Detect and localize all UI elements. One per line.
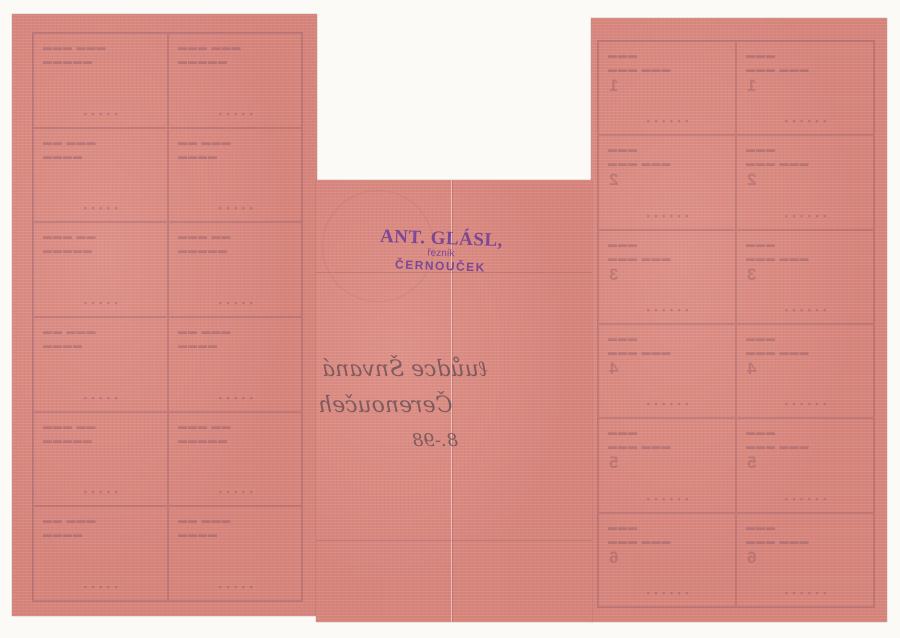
coupon-cell: ▬▬▬ ▬▬▬▬▬▬▪ ▪ ▪ ▪ ▪ [168,128,303,223]
handwritten-line-2: Čerenoučeh [318,393,452,418]
coupon-cell: ▬▬▬▬▬▬ ▬▬▬5▪ ▪ ▪ ▪ ▪ ▪ [598,418,736,512]
coupon-number: 5 [609,453,618,473]
coupon-cell: ▬▬▬▬▬▬ ▬▬▬6▪ ▪ ▪ ▪ ▪ ▪ [598,513,736,607]
coupon-cell: ▬▬ ▬▬▬▬▬▬▬▬▪ ▪ ▪ ▪ ▪ [168,222,303,317]
coupon-cell: ▬▬ ▬▬▬▬▬▬▬▬▪ ▪ ▪ ▪ ▪ [33,222,168,317]
coupon-cell: ▬▬▬▬▬▬ ▬▬▬6▪ ▪ ▪ ▪ ▪ ▪ [736,513,874,607]
coupon-number: 5 [747,453,756,473]
coupon-cell: ▬▬▬▬▬▬ ▬▬▬1▪ ▪ ▪ ▪ ▪ ▪ [736,41,874,135]
coupon-number: 4 [609,359,618,379]
coupon-grid-left: ▬▬▬ ▬▬▬▬▬▬▬▬▪ ▪ ▪ ▪ ▪ ▬▬▬ ▬▬▬▬▬▬▬▬▪ ▪ ▪ … [32,32,303,602]
coupon-number: 1 [609,76,618,96]
coupon-grid-right: ▬▬▬▬▬▬ ▬▬▬1▪ ▪ ▪ ▪ ▪ ▪ ▬▬▬▬▬▬ ▬▬▬1▪ ▪ ▪ … [597,40,875,608]
coupon-cell: ▬▬▬▬▬▬ ▬▬▬1▪ ▪ ▪ ▪ ▪ ▪ [598,41,736,135]
coupon-cell: ▬▬ ▬▬▬▬▬▬▬▬▪ ▪ ▪ ▪ ▪ [33,412,168,507]
ghost-line [316,540,592,541]
coupon-number: 2 [747,170,756,190]
coupon-cell: ▬▬▬▬▬▬ ▬▬▬4▪ ▪ ▪ ▪ ▪ ▪ [736,324,874,418]
coupon-cell: ▬▬▬▬▬▬ ▬▬▬3▪ ▪ ▪ ▪ ▪ ▪ [736,230,874,324]
coupon-cell: ▬▬▬ ▬▬▬▬▬▬▪ ▪ ▪ ▪ ▪ [33,128,168,223]
coupon-cell: ▬▬▬ ▬▬▬▬▬▬▪ ▪ ▪ ▪ ▪ [168,506,303,601]
coupon-panel-left: ▬▬▬ ▬▬▬▬▬▬▬▬▪ ▪ ▪ ▪ ▪ ▬▬▬ ▬▬▬▬▬▬▬▬▪ ▪ ▪ … [12,14,317,616]
handwritten-number: 8.-98 [412,430,458,451]
coupon-number: 2 [609,170,618,190]
coupon-cell: ▬▬▬▬▬▬ ▬▬▬2▪ ▪ ▪ ▪ ▪ ▪ [736,135,874,229]
coupon-cell: ▬▬▬ ▬▬▬▬▬▬▪ ▪ ▪ ▪ ▪ [33,506,168,601]
coupon-panel-center: ANT. GLÁSL, řezník ČERNOUČEK ℓuůdce Šnva… [316,180,592,622]
coupon-cell: ▬▬▬▬▬▬ ▬▬▬2▪ ▪ ▪ ▪ ▪ ▪ [598,135,736,229]
coupon-number: 3 [747,265,756,285]
coupon-number: 3 [609,265,618,285]
coupon-cell: ▬▬▬▬▬▬ ▬▬▬3▪ ▪ ▪ ▪ ▪ ▪ [598,230,736,324]
coupon-cell: ▬▬▬ ▬▬▬▬▬▬▬▬▪ ▪ ▪ ▪ ▪ [33,33,168,128]
coupon-cell: ▬▬▬▬▬▬ ▬▬▬4▪ ▪ ▪ ▪ ▪ ▪ [598,324,736,418]
handwritten-line-1: ℓuůdce Šnvaná [322,356,488,382]
coupon-cell: ▬▬▬ ▬▬▬▬▬▬▪ ▪ ▪ ▪ ▪ [33,317,168,412]
coupon-number: 1 [747,76,756,96]
coupon-number: 4 [747,359,756,379]
coupon-number: 6 [609,548,618,568]
coupon-cell: ▬▬▬ ▬▬▬▬▬▬▪ ▪ ▪ ▪ ▪ [168,317,303,412]
merchant-stamp: ANT. GLÁSL, řezník ČERNOUČEK [365,225,516,275]
coupon-cell: ▬▬▬▬▬▬ ▬▬▬5▪ ▪ ▪ ▪ ▪ ▪ [736,418,874,512]
coupon-cell: ▬▬▬ ▬▬▬▬▬▬▬▬▪ ▪ ▪ ▪ ▪ [168,33,303,128]
coupon-number: 6 [747,548,756,568]
coupon-panel-right: ▬▬▬▬▬▬ ▬▬▬1▪ ▪ ▪ ▪ ▪ ▪ ▬▬▬▬▬▬ ▬▬▬1▪ ▪ ▪ … [591,18,887,622]
coupon-cell: ▬▬ ▬▬▬▬▬▬▬▬▪ ▪ ▪ ▪ ▪ [168,412,303,507]
